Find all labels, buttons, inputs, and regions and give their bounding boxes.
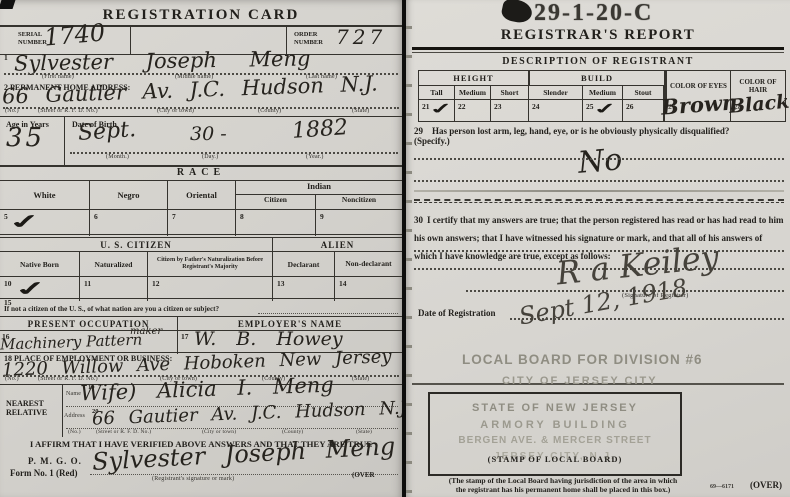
date-of-registration-label: Date of Registration (418, 308, 495, 318)
stamp-caption-line2: the registrant has his permanent home sh… (456, 485, 671, 494)
declarant-header: Declarant (273, 252, 335, 276)
day-sublabel: (Day.) (202, 154, 218, 160)
citizen-by-father-header: Citizen by Father's Naturalization Befor… (148, 252, 273, 276)
county-label: (County) (258, 108, 281, 114)
heavy-dashed-rule (414, 202, 784, 203)
native-born-header: Native Born (0, 252, 80, 276)
registrars-report-panel: 29-1-20-C REGISTRAR'S REPORT DESCRIPTION… (406, 0, 790, 497)
height-box-number: 23 (494, 102, 502, 111)
race-box-number: 8 (240, 212, 244, 221)
race-box-number: 9 (320, 212, 324, 221)
report-title: REGISTRAR'S REPORT (406, 27, 790, 44)
dob-day-value: 30 - (190, 123, 227, 145)
no-label: (No.) (68, 429, 81, 435)
height-header: HEIGHT (419, 71, 529, 86)
city-label: (City or town) (157, 108, 194, 114)
checkmark-icon: ✓ (427, 101, 456, 119)
registrant-signature-label: (Registrant's signature or mark) (152, 476, 234, 482)
relative-address-label: Address (64, 413, 85, 419)
line15-question: If not a citizen of the U. S., of what n… (4, 305, 219, 313)
no-label: (No.) (5, 376, 19, 382)
no-label: (No.) (5, 108, 19, 114)
order-number-value: 727 (336, 25, 386, 49)
question-number: 29 (414, 126, 423, 136)
employer-value: W. B. Howey (194, 328, 343, 350)
dob-year-value: 1882 (291, 115, 349, 144)
citizenship-box-number: 14 (339, 279, 347, 288)
division-stamp-code: 29-1-20-C (534, 0, 653, 27)
naturalized-header: Naturalized (80, 252, 148, 276)
scan-edge-marks (406, 0, 412, 497)
stout-header: Stout (623, 86, 665, 100)
question-29-text: Has person lost arm, leg, hand, eye, or … (432, 126, 784, 136)
heavy-rule (412, 47, 784, 50)
checkmark-icon: ✓ (591, 101, 620, 119)
description-table: HEIGHT BUILD COLOR OF EYES COLOR OF HAIR… (418, 70, 786, 122)
dotted-line (414, 158, 784, 160)
height-box-number: 22 (458, 102, 466, 111)
race-table: White Negro Oriental Indian Citizen Nonc… (0, 180, 402, 235)
month-sublabel: (Month.) (106, 154, 129, 160)
checkmark-icon: ✓ (5, 210, 45, 235)
non-declarant-header: Non-declarant (335, 252, 402, 276)
dob-month-value: Sept. (77, 117, 137, 146)
race-indian-header: Indian (236, 181, 402, 195)
registration-card-panel: REGISTRATION CARD SERIAL NUMBER 1740 ORD… (0, 0, 402, 497)
race-indian-citizen-header: Citizen (236, 195, 316, 209)
over-label: (OVER) (750, 480, 782, 490)
citizenship-box-number: 10 (4, 279, 12, 288)
age-dob-row: Age in Years 35 Date of Birth Sept. 30 -… (0, 116, 402, 167)
serial-number-value: 1740 (43, 18, 106, 51)
race-section-title: RACE (0, 167, 402, 178)
citizenship-box-number: 12 (152, 279, 160, 288)
employer-box-number: 17 (181, 332, 189, 341)
thin-rule (412, 52, 784, 53)
description-section-title: DESCRIPTION OF REGISTRANT (406, 56, 790, 67)
county-label: (County) (282, 429, 303, 435)
relative-name-label: Name (66, 391, 81, 397)
state-label: (State) (352, 108, 369, 114)
draft-registration-card-scan: REGISTRATION CARD SERIAL NUMBER 1740 ORD… (0, 0, 790, 497)
eye-color-value: Brown (660, 89, 738, 119)
nearest-relative-label: NEAREST RELATIVE (6, 399, 58, 417)
street-label: (Street or R. F. D. No.) (96, 429, 151, 435)
citizenship-table: U. S. CITIZEN ALIEN Native Born Naturali… (0, 237, 402, 299)
age-value: 35 (6, 123, 45, 153)
line15-row: 15 If not a citizen of the U. S., of wha… (0, 301, 402, 315)
build-box-number: 26 (626, 102, 634, 111)
ink-blot-mark (500, 0, 534, 25)
hair-color-value: Black. (728, 90, 790, 118)
short-header: Short (491, 86, 529, 100)
print-form-code: 69—6171 (710, 484, 734, 490)
local-board-division-stamp: LOCAL BOARD FOR DIVISION #6 (462, 352, 703, 367)
build-box-number: 24 (532, 102, 540, 111)
stamp-of-local-board-box: STATE OF NEW JERSEY ARMORY BUILDING BERG… (428, 392, 682, 476)
race-box-number: 6 (94, 212, 98, 221)
line-number: 1 (4, 53, 8, 62)
race-indian-noncitizen-header: Noncitizen (316, 195, 402, 209)
dotted-line (258, 313, 398, 314)
scan-streak (414, 190, 784, 192)
race-oriental-header: Oriental (168, 181, 236, 209)
tall-header: Tall (419, 86, 455, 100)
order-number-label: ORDER NUMBER (294, 31, 330, 47)
race-white-header: White (0, 181, 90, 209)
stamp-street-line: BERGEN AVE. & MERCER STREET (430, 435, 680, 446)
question-number: 30 (414, 215, 423, 225)
divider-line (62, 385, 63, 437)
heavy-dashed-rule (414, 199, 784, 201)
citizenship-box-number: 11 (84, 279, 91, 288)
alien-header: ALIEN (273, 238, 402, 251)
registrant-name-value: Sylvester Joseph Meng (14, 46, 311, 75)
stamp-armory-line: ARMORY BUILDING (430, 419, 680, 431)
street-label: (Street or R. F. D. No.) (38, 108, 98, 114)
slender-header: Slender (529, 86, 583, 100)
over-label: (OVER (352, 471, 375, 479)
divider-line (64, 117, 65, 165)
medium-build-header: Medium (583, 86, 623, 100)
pmgo-label: P. M. G. O. (28, 456, 82, 466)
checkmark-icon: ✓ (11, 277, 51, 302)
dotted-line (414, 180, 784, 182)
form-number-label: Form No. 1 (Red) (10, 468, 77, 478)
state-label: (State) (352, 376, 369, 382)
home-address-row: 2 PERMANENT HOME ADDRESS: 66 Gautier Av.… (0, 80, 402, 116)
citizenship-box-number: 13 (277, 279, 285, 288)
year-sublabel: (Year.) (306, 154, 324, 160)
race-box-number: 7 (172, 212, 176, 221)
stamp-state-line: STATE OF NEW JERSEY (430, 402, 680, 414)
question-29-answer: No (577, 142, 624, 181)
occupation-value-super: maker (130, 326, 162, 337)
stamp-box-caption: (The stamp of the Local Board having jur… (420, 477, 706, 494)
city-label: (City or town) (202, 429, 236, 435)
specify-label: (Specify.) (414, 136, 450, 146)
medium-height-header: Medium (455, 86, 491, 100)
stamp-box-printed-label: (STAMP OF LOCAL BOARD) (430, 454, 680, 464)
us-citizen-header: U. S. CITIZEN (0, 238, 273, 251)
race-negro-header: Negro (90, 181, 168, 209)
build-header: BUILD (529, 71, 665, 86)
city-stamp-line: CITY OF JERSEY CITY (502, 375, 658, 387)
occupation-value: Machinery Pattern (0, 331, 143, 354)
nearest-relative-block: NEAREST RELATIVE Name 19 Wife) Alicia I.… (0, 384, 402, 437)
